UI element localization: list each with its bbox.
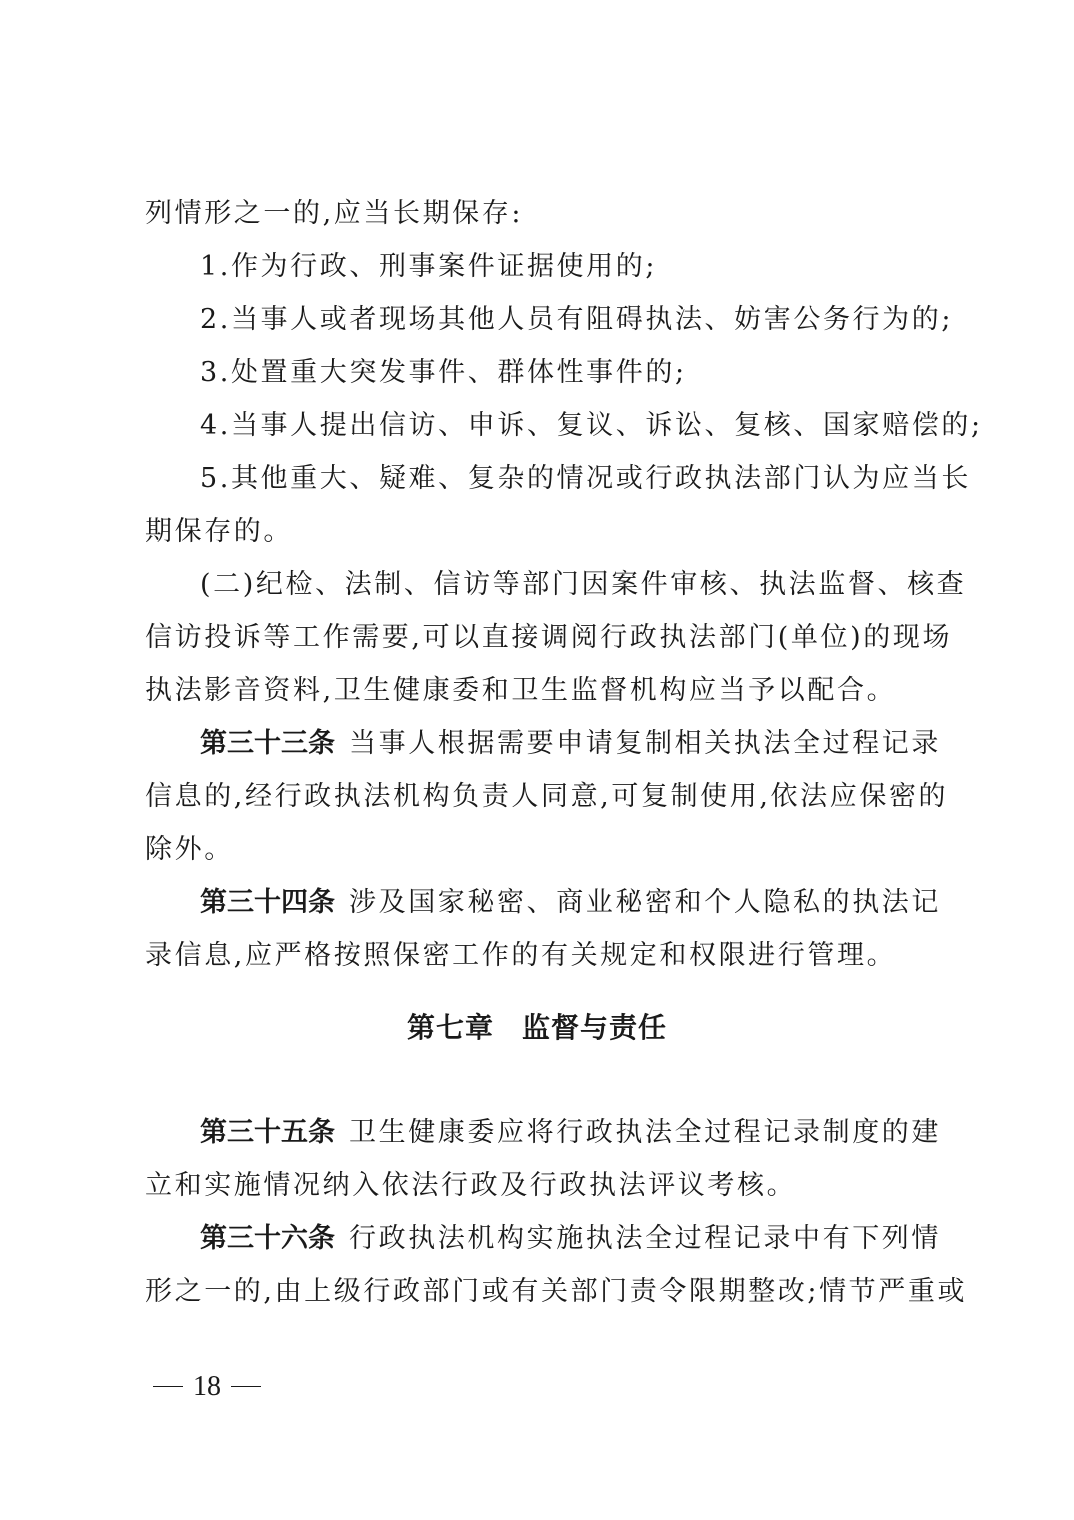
article-label: 第三十三条	[200, 728, 335, 759]
article-34-line-1: 第三十四条涉及国家秘密、商业秘密和个人隐私的执法记	[200, 886, 941, 920]
body-line: 期保存的。	[145, 515, 941, 549]
list-item: 5.其他重大、疑难、复杂的情况或行政执法部门认为应当长	[200, 462, 941, 496]
article-text: 行政执法机构实施执法全过程记录中有下列情	[349, 1223, 941, 1254]
article-text: 当事人根据需要申请复制相关执法全过程记录	[349, 728, 941, 759]
document-page: 列情形之一的,应当长期保存: 1.作为行政、刑事案件证据使用的; 2.当事人或者…	[0, 0, 1074, 1520]
chapter-heading: 第七章监督与责任	[0, 1010, 1074, 1046]
article-34-line-2: 录信息,应严格按照保密工作的有关规定和权限进行管理。	[145, 939, 941, 973]
article-label: 第三十四条	[200, 887, 335, 918]
list-item: 1.作为行政、刑事案件证据使用的;	[200, 250, 941, 284]
body-line: (二)纪检、法制、信访等部门因案件审核、执法监督、核查	[200, 568, 941, 602]
article-36-line-2: 形之一的,由上级行政部门或有关部门责令限期整改;情节严重或	[145, 1275, 941, 1309]
article-text: 涉及国家秘密、商业秘密和个人隐私的执法记	[349, 887, 941, 918]
dash-right	[231, 1386, 261, 1388]
chapter-number: 第七章	[407, 1011, 494, 1044]
page-number: 18	[143, 1370, 271, 1404]
body-line: 信访投诉等工作需要,可以直接调阅行政执法部门(单位)的现场	[145, 621, 941, 655]
article-label: 第三十五条	[200, 1117, 335, 1148]
article-33-line-2: 信息的,经行政执法机构负责人同意,可复制使用,依法应保密的	[145, 780, 941, 814]
dash-left	[153, 1386, 183, 1388]
chapter-title: 监督与责任	[522, 1011, 667, 1044]
page-number-value: 18	[193, 1371, 221, 1402]
article-35-line-1: 第三十五条卫生健康委应将行政执法全过程记录制度的建	[200, 1116, 941, 1150]
article-text: 卫生健康委应将行政执法全过程记录制度的建	[349, 1117, 941, 1148]
article-33-line-1: 第三十三条当事人根据需要申请复制相关执法全过程记录	[200, 727, 941, 761]
body-line: 列情形之一的,应当长期保存:	[145, 197, 941, 231]
article-35-line-2: 立和实施情况纳入依法行政及行政执法评议考核。	[145, 1169, 941, 1203]
article-label: 第三十六条	[200, 1223, 335, 1254]
list-item: 2.当事人或者现场其他人员有阻碍执法、妨害公务行为的;	[200, 303, 941, 337]
article-36-line-1: 第三十六条行政执法机构实施执法全过程记录中有下列情	[200, 1222, 941, 1256]
list-item: 3.处置重大突发事件、群体性事件的;	[200, 356, 941, 390]
list-item: 4.当事人提出信访、申诉、复议、诉讼、复核、国家赔偿的;	[200, 409, 941, 443]
article-33-line-3: 除外。	[145, 833, 941, 867]
body-line: 执法影音资料,卫生健康委和卫生监督机构应当予以配合。	[145, 674, 941, 708]
